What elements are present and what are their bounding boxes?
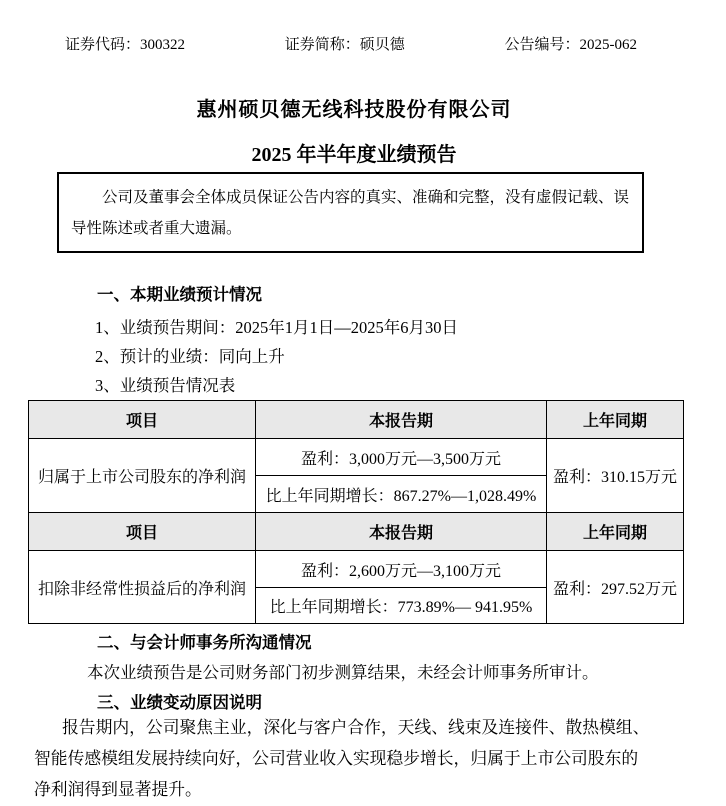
company-title: 惠州硕贝德无线科技股份有限公司: [0, 93, 708, 122]
table-row: 扣除非经常性损益后的净利润 盈利：2,600万元—3,100万元 盈利：297.…: [29, 551, 684, 588]
net-profit-range: 盈利：3,000万元—3,500万元: [256, 439, 547, 476]
net-profit-prior-year: 盈利：310.15万元: [547, 439, 684, 513]
col-header-prior-year: 上年同期: [547, 513, 684, 551]
section1-item-period: 1、业绩预告期间：2025年1月1日—2025年6月30日: [95, 314, 458, 338]
disclaimer-box: 公司及董事会全体成员保证公告内容的真实、准确和完整，没有虚假记载、误 导性陈述或…: [57, 172, 644, 253]
net-profit-growth: 比上年同期增长：867.27%—1,028.49%: [256, 476, 547, 513]
section3-heading: 三、业绩变动原因说明: [97, 689, 262, 713]
deducted-profit-range: 盈利：2,600万元—3,100万元: [256, 551, 547, 588]
section1-item-table-label: 3、业绩预告情况表: [95, 372, 235, 396]
table-row: 归属于上市公司股东的净利润 盈利：3,000万元—3,500万元 盈利：310.…: [29, 439, 684, 476]
col-header-item: 项目: [29, 513, 256, 551]
section3-body: 报告期内，公司聚焦主业，深化与客户合作，天线、线束及连接件、散热模组、 智能传感…: [34, 712, 650, 805]
document-header: 证券代码：300322 证券简称：硕贝德 公告编号：2025-062: [65, 33, 637, 54]
section3-body-line: 净利润得到显著提升。: [34, 774, 650, 805]
disclaimer-line: 导性陈述或者重大遗漏。: [71, 213, 630, 244]
row-item-net-profit: 归属于上市公司股东的净利润: [29, 439, 256, 513]
section2-body: 本次业绩预告是公司财务部门初步测算结果，未经会计师事务所审计。: [87, 659, 599, 683]
section3-body-line: 报告期内，公司聚焦主业，深化与客户合作，天线、线束及连接件、散热模组、: [34, 712, 650, 743]
section2-heading: 二、与会计师事务所沟通情况: [97, 629, 312, 653]
deducted-profit-growth: 比上年同期增长：773.89%— 941.95%: [256, 588, 547, 624]
section1-heading: 一、本期业绩预计情况: [97, 281, 262, 305]
announcement-page: 证券代码：300322 证券简称：硕贝德 公告编号：2025-062 惠州硕贝德…: [0, 0, 726, 806]
disclaimer-line: 公司及董事会全体成员保证公告内容的真实、准确和完整，没有虚假记载、误: [71, 182, 630, 213]
announcement-number: 公告编号：2025-062: [505, 33, 638, 54]
col-header-prior-year: 上年同期: [547, 401, 684, 439]
announcement-subtitle: 2025 年半年度业绩预告: [0, 138, 708, 167]
stock-code: 证券代码：300322: [65, 33, 185, 54]
section3-body-line: 智能传感模组发展持续向好，公司营业收入实现稳步增长，归属于上市公司股东的: [34, 743, 650, 774]
col-header-current-period: 本报告期: [256, 401, 547, 439]
deducted-profit-prior-year: 盈利：297.52万元: [547, 551, 684, 624]
col-header-current-period: 本报告期: [256, 513, 547, 551]
table-header-row: 项目 本报告期 上年同期: [29, 513, 684, 551]
table-header-row: 项目 本报告期 上年同期: [29, 401, 684, 439]
section1-item-direction: 2、预计的业绩：同向上升: [95, 343, 285, 367]
row-item-deducted-net-profit: 扣除非经常性损益后的净利润: [29, 551, 256, 624]
col-header-item: 项目: [29, 401, 256, 439]
performance-forecast-table: 项目 本报告期 上年同期 归属于上市公司股东的净利润 盈利：3,000万元—3,…: [28, 400, 684, 624]
stock-abbr: 证券简称：硕贝德: [285, 33, 405, 54]
